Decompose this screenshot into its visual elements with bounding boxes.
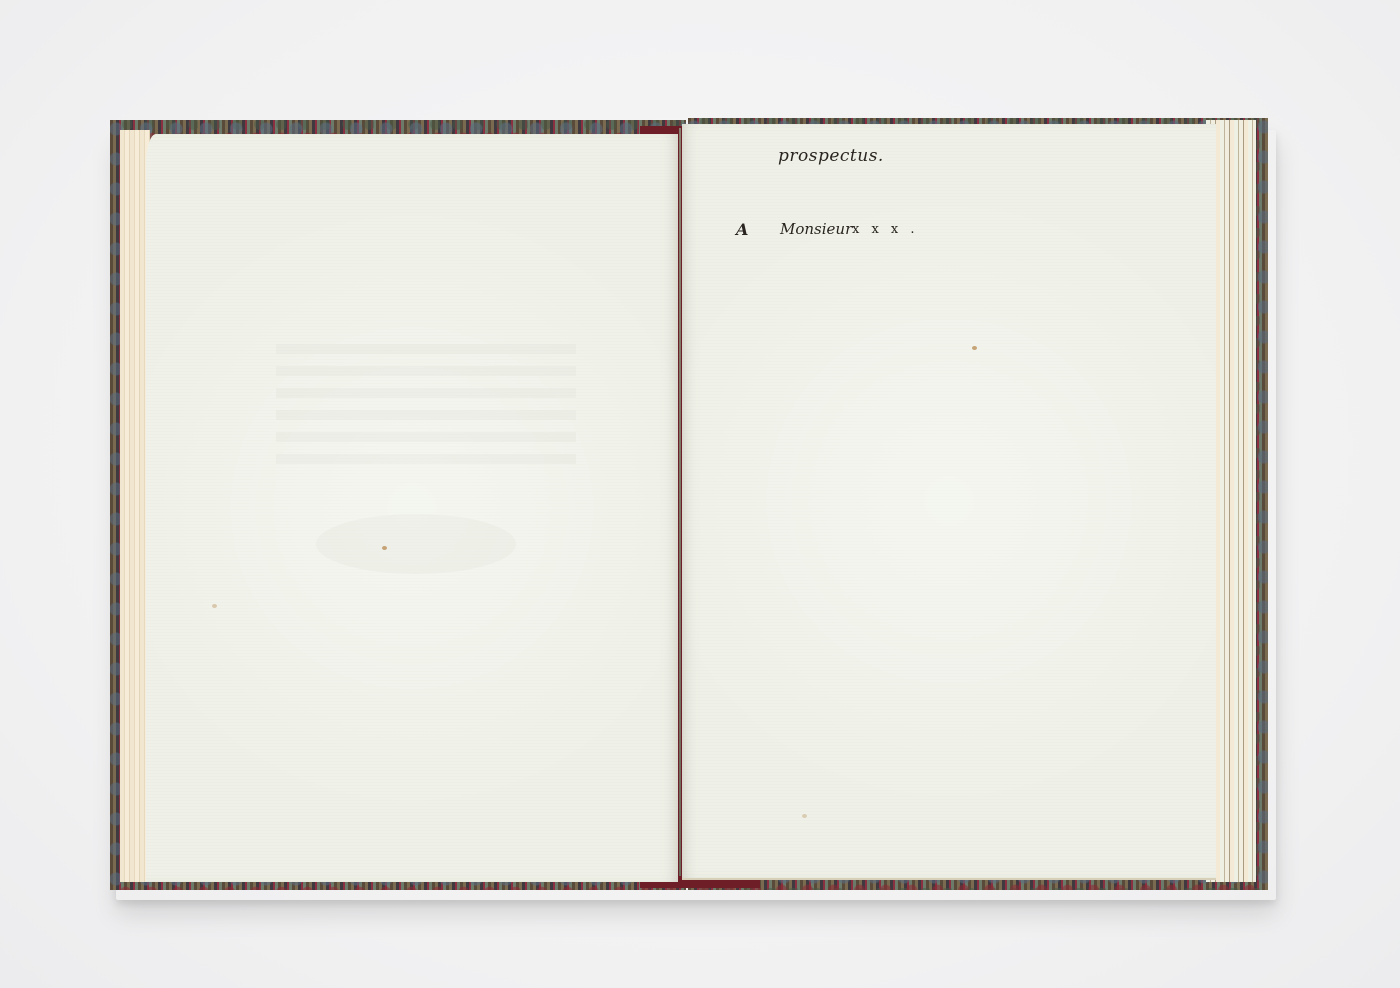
paper-fleck bbox=[382, 546, 387, 550]
gutter-fold bbox=[679, 128, 681, 876]
handwritten-address-suffix: x x x . bbox=[852, 222, 919, 237]
paper-fleck bbox=[972, 346, 977, 350]
left-page bbox=[146, 134, 678, 882]
handwritten-heading: prospectus. bbox=[778, 146, 884, 166]
right-page bbox=[682, 124, 1216, 880]
paper-fleck bbox=[802, 814, 807, 818]
bleed-through-ornament bbox=[316, 514, 516, 574]
handwritten-address-prefix: A bbox=[736, 220, 748, 239]
handwritten-address-name: Monsieur bbox=[780, 220, 852, 238]
paper-fleck bbox=[212, 604, 217, 608]
bleed-through-block bbox=[276, 344, 576, 464]
